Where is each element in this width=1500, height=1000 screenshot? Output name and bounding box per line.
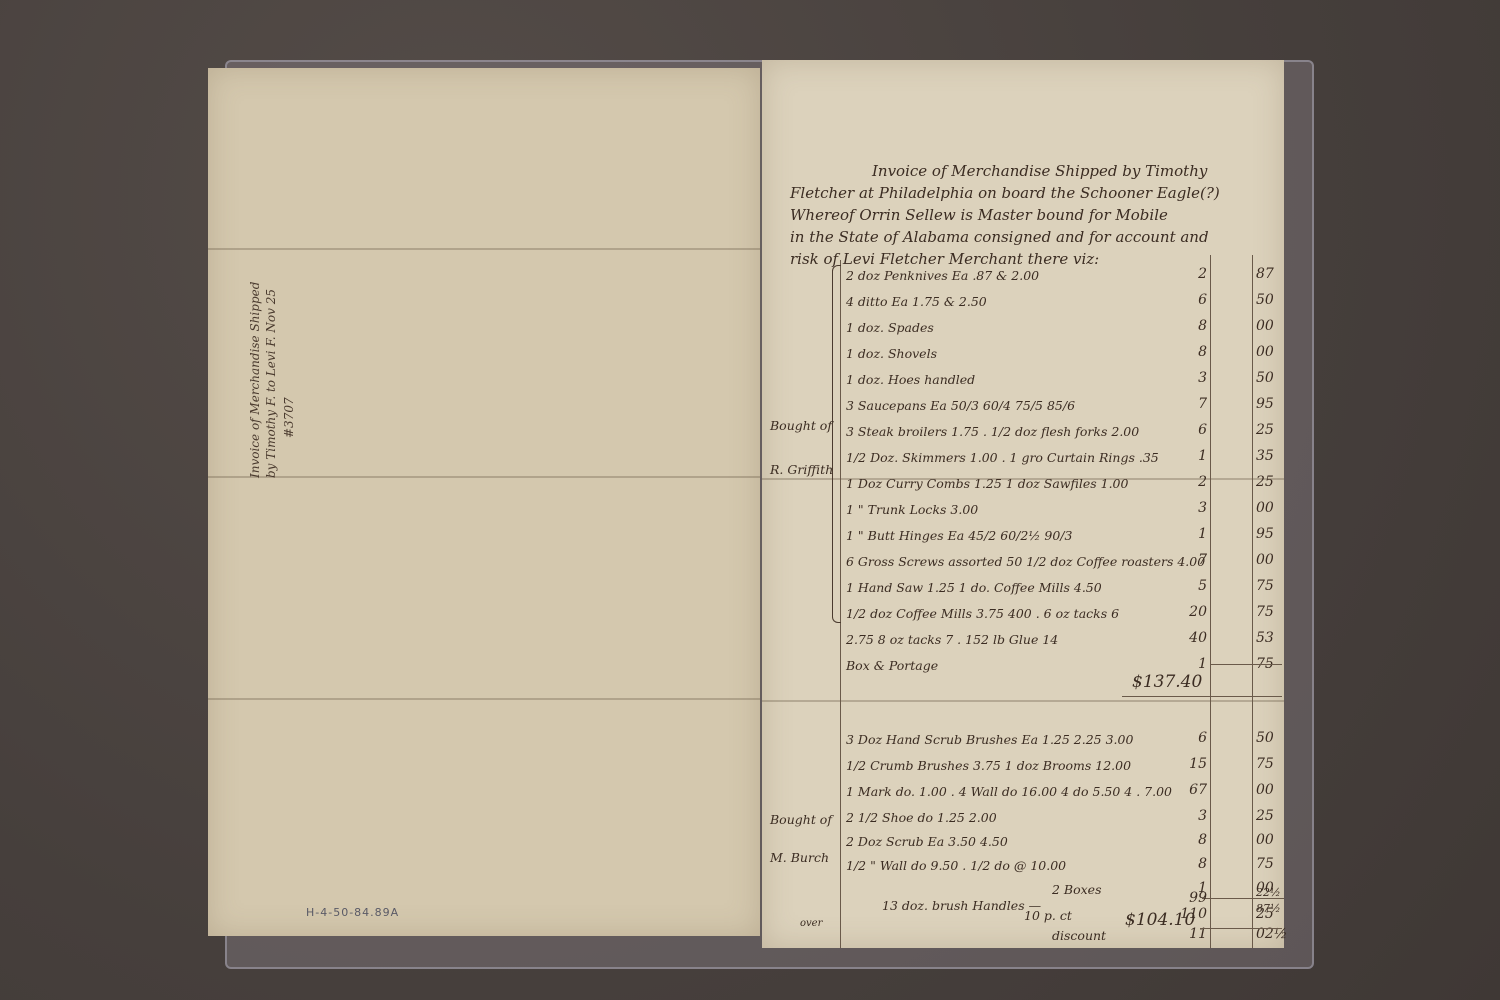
- item-dollars: 3: [1162, 370, 1207, 386]
- invoice-page: Invoice of Merchandise Shipped by Timoth…: [762, 60, 1284, 948]
- heading-line-1: Invoice of Merchandise Shipped by Timoth…: [872, 160, 1207, 182]
- item-desc: 1/2 " Wall do 9.50 . 1/2 do @ 10.00: [846, 858, 1066, 873]
- item-desc: 2 Doz Scrub Ea 3.50 4.50: [846, 834, 1008, 849]
- seller-name-1: R. Griffith: [770, 462, 833, 477]
- item-desc: 1 Hand Saw 1.25 1 do. Coffee Mills 4.50: [846, 580, 1102, 595]
- item-dollars: 67: [1162, 782, 1207, 798]
- item-dollars: 8: [1162, 832, 1207, 848]
- subtotal-rule: [1122, 696, 1282, 697]
- catalog-number: H-4-50-84.89A: [306, 906, 399, 919]
- item-desc: 1 Doz Curry Combs 1.25 1 doz Sawfiles 1.…: [846, 476, 1128, 491]
- item-desc: Box & Portage: [846, 658, 938, 673]
- item-desc: 2 doz Penknives Ea .87 & 2.00: [846, 268, 1039, 283]
- item-dollars: 5: [1162, 578, 1207, 594]
- item-cents: 00: [1256, 500, 1280, 516]
- item-desc: 4 ditto Ea 1.75 & 2.50: [846, 294, 987, 309]
- item-dollars: 15: [1162, 756, 1207, 772]
- item-cents: 75: [1256, 756, 1280, 772]
- item-dollars: 7: [1162, 552, 1207, 568]
- item-desc: 3 Doz Hand Scrub Brushes Ea 1.25 2.25 3.…: [846, 732, 1133, 747]
- cents-rule: [1252, 255, 1253, 948]
- item-dollars: 1: [1162, 448, 1207, 464]
- item-desc: 1 doz. Hoes handled: [846, 372, 975, 387]
- heading-line-3: Whereof Orrin Sellew is Master bound for…: [790, 204, 1168, 226]
- item-cents: 87: [1256, 266, 1280, 282]
- item-cents: 75: [1256, 578, 1280, 594]
- item-dollars: 7: [1162, 396, 1207, 412]
- item-dollars: 2: [1162, 474, 1207, 490]
- section2-total: $104.10: [1125, 910, 1195, 930]
- item-cents: 00: [1256, 552, 1280, 568]
- item-desc: 1 doz. Spades: [846, 320, 934, 335]
- seller-name-2: M. Burch: [770, 850, 829, 865]
- item-desc: 1/2 Doz. Skimmers 1.00 . 1 gro Curtain R…: [846, 450, 1159, 465]
- item-desc: 6 Gross Screws assorted 50 1/2 doz Coffe…: [846, 554, 1205, 569]
- item-cents: 25: [1256, 808, 1280, 824]
- item-cents: 75: [1256, 856, 1280, 872]
- seller-label-1: Bought of: [770, 418, 832, 433]
- fold-line: [208, 248, 760, 250]
- item-dollars: 6: [1162, 292, 1207, 308]
- item-cents: 25: [1256, 474, 1280, 490]
- item-cents: 95: [1256, 396, 1280, 412]
- item-dollars: 40: [1162, 630, 1207, 646]
- item-dollars: 3: [1162, 808, 1207, 824]
- item-dollars: 8: [1162, 344, 1207, 360]
- item-cents: 95: [1256, 526, 1280, 542]
- item-dollars: 8: [1162, 856, 1207, 872]
- dollars-rule: [1210, 255, 1211, 948]
- brush-handles-note: 13 doz. brush Handles —: [882, 898, 1041, 913]
- item-desc: 1 " Trunk Locks 3.00: [846, 502, 978, 517]
- item-dollars: 6: [1162, 422, 1207, 438]
- item-dollars: 6: [1162, 730, 1207, 746]
- item-desc: 1/2 doz Coffee Mills 3.75 400 . 6 oz tac…: [846, 606, 1119, 621]
- item-cents: 50: [1256, 292, 1280, 308]
- item-cents: 25: [1256, 422, 1280, 438]
- item-cents: 53: [1256, 630, 1280, 646]
- item-cents: 75: [1256, 604, 1280, 620]
- item-cents: 35: [1256, 448, 1280, 464]
- item-cents: 00: [1256, 832, 1280, 848]
- discount-rule: [1200, 928, 1282, 929]
- endorsement-line-1: Invoice of Merchandise Shipped: [248, 282, 262, 478]
- endorsement-line-2: by Timothy F. to Levi F. Nov 25: [264, 289, 278, 478]
- section1-brace: [832, 265, 841, 623]
- endorsement-number: #3707: [282, 397, 296, 438]
- over-note: over: [800, 918, 822, 929]
- item-desc: 3 Steak broilers 1.75 . 1/2 doz flesh fo…: [846, 424, 1139, 439]
- item-cents: 00: [1256, 344, 1280, 360]
- net-extra-cents: 87½: [1256, 902, 1284, 915]
- item-cents: 00: [1256, 782, 1280, 798]
- item-desc: 1/2 Crumb Brushes 3.75 1 doz Brooms 12.0…: [846, 758, 1131, 773]
- item-dollars: 8: [1162, 318, 1207, 334]
- item-cents: 00: [1256, 318, 1280, 334]
- item-desc: 2 Boxes: [1052, 882, 1102, 897]
- item-dollars: 1: [1162, 526, 1207, 542]
- fold-line: [208, 476, 760, 478]
- net-dollars: 99: [1162, 890, 1207, 906]
- item-dollars: 20: [1162, 604, 1207, 620]
- item-desc: 3 Saucepans Ea 50/3 60/4 75/5 85/6: [846, 398, 1075, 413]
- heading-line-2: Fletcher at Philadelphia on board the Sc…: [790, 182, 1220, 204]
- item-cents: 50: [1256, 730, 1280, 746]
- item-dollars: 1: [1162, 656, 1207, 672]
- section1-subtotal: $137.40: [1132, 672, 1202, 692]
- item-cents: 50: [1256, 370, 1280, 386]
- net-cents: 22½: [1256, 886, 1284, 899]
- item-dollars: 3: [1162, 500, 1207, 516]
- item-desc: 1 " Butt Hinges Ea 45/2 60/2½ 90/3: [846, 528, 1072, 543]
- item-desc: 2.75 8 oz tacks 7 . 152 lb Glue 14: [846, 632, 1058, 647]
- discount-label: discount: [1052, 928, 1106, 943]
- seller-label-2: Bought of: [770, 812, 832, 827]
- heading-line-4: in the State of Alabama consigned and fo…: [790, 226, 1209, 248]
- item-desc: 2 1/2 Shoe do 1.25 2.00: [846, 810, 997, 825]
- left-leaf: Invoice of Merchandise Shipped by Timoth…: [208, 68, 760, 936]
- item-desc: 1 doz. Shovels: [846, 346, 937, 361]
- fold-line: [208, 698, 760, 700]
- item-desc: 1 Mark do. 1.00 . 4 Wall do 16.00 4 do 5…: [846, 784, 1172, 799]
- item-dollars: 2: [1162, 266, 1207, 282]
- subtotal-rule: [1210, 664, 1282, 665]
